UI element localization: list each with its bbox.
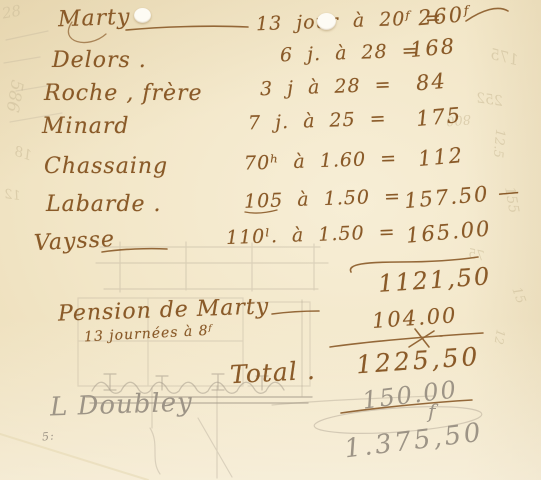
ledger-row-name: Marty <box>58 5 131 33</box>
corner-scribble: 5: <box>41 429 55 443</box>
bleed-through-text: 12.5 <box>490 128 507 158</box>
pension-amount: 104.00 <box>371 303 458 333</box>
paper-hole <box>317 13 336 30</box>
currency-mark: f <box>428 399 436 423</box>
pension-label: Pension de Marty <box>58 294 270 326</box>
pension-detail: 13 journées à 8ᶠ <box>84 323 214 346</box>
bleed-through-text: 12 <box>491 328 507 345</box>
grand-total-amount: 1.375,50 <box>343 418 485 465</box>
ledger-row-calc: 105 à 1.50 = <box>244 185 402 212</box>
ledger-row-name: Delors . <box>52 48 147 73</box>
ledger-row-calc: 70ʰ à 1.60 = <box>244 147 398 174</box>
bleed-through-text: 15 <box>508 285 528 306</box>
subtotal-amount: 1121,50 <box>377 262 492 298</box>
bleed-through-text: 252 <box>475 90 504 110</box>
ledger-row-calc: 6 j. à 28 = <box>280 40 419 67</box>
ledger-row-amount: 260ᶠ <box>417 2 472 31</box>
added-amount: 150.00 <box>361 375 460 414</box>
ledger-row-calc: 13 jour à 20ᶠ = <box>256 7 442 35</box>
total-label: Total . <box>229 356 316 389</box>
bleed-through-text: 175 <box>488 45 520 69</box>
bleed-through-text: 12 <box>3 187 21 204</box>
ledger-page: 28 586 18 12 175 252 12.5 800 155 75 15 … <box>0 0 541 480</box>
ledger-row-name: Roche , frère <box>44 81 203 106</box>
ledger-row-calc: 3 j à 28 = <box>260 74 392 101</box>
bleed-through-text: 18 <box>12 144 34 165</box>
ledger-row-name: Vaysse <box>33 227 115 256</box>
bleed-through-text: 28 <box>1 1 23 22</box>
ledger-row-name: Labarde . <box>46 192 162 217</box>
ledger-row-name: Chassaing <box>44 154 168 179</box>
pencil-signature: L Doubley <box>50 388 194 423</box>
total-amount: 1225,50 <box>355 342 481 380</box>
paper-hole <box>134 8 151 23</box>
ledger-row-amount: 84 <box>415 69 448 96</box>
ledger-row-name: Minard <box>42 114 129 139</box>
ledger-row-calc: 7 j. à 25 = <box>248 108 387 135</box>
ledger-row-amount: 165.00 <box>405 216 492 247</box>
ledger-row-amount: 168 <box>409 34 457 62</box>
ledger-row-amount: 175 <box>415 103 463 131</box>
bleed-through-text: 586 <box>2 78 27 113</box>
ledger-row-amount: 112 <box>417 143 465 171</box>
ledger-row-calc: 110ˡ. à 1.50 = <box>226 221 396 249</box>
